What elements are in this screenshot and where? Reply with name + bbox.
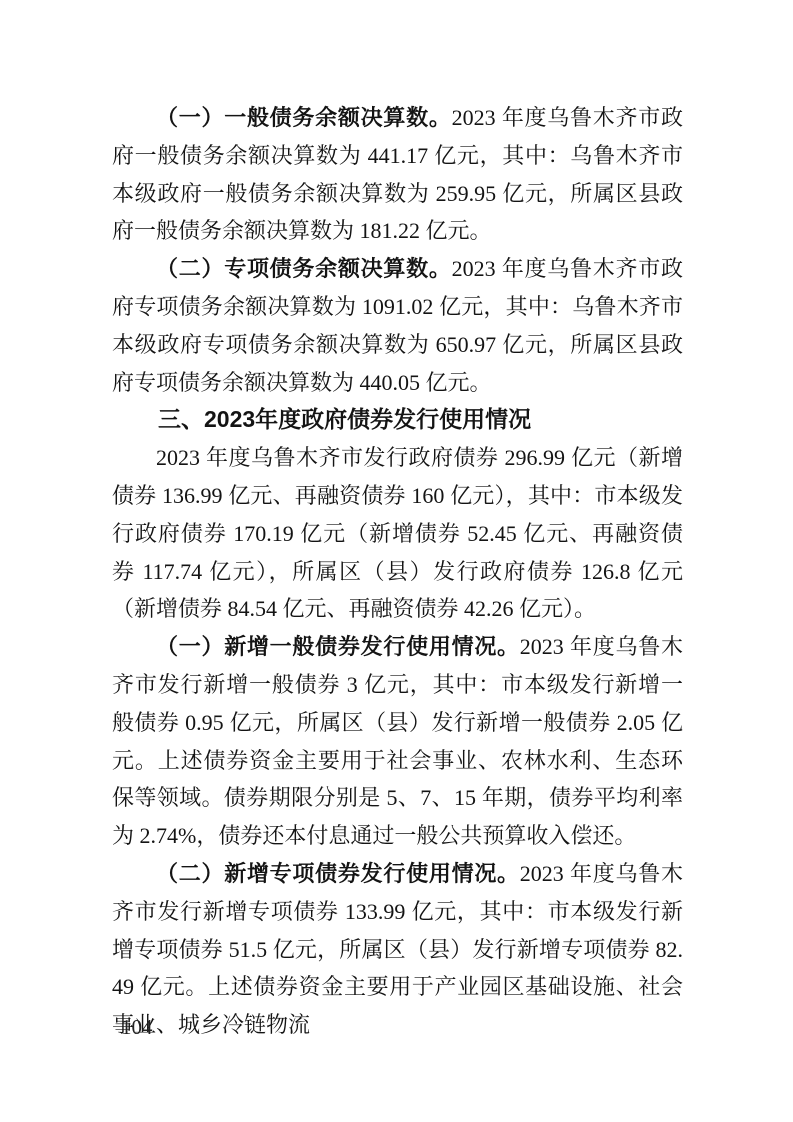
para-general-debt-balance: （一）一般债务余额决算数。2023 年度乌鲁木齐市政府一般债务余额决算数为 44…	[112, 99, 683, 250]
para-bond-issuance-overview: 2023 年度乌鲁木齐市发行政府债券 296.99 亿元（新增债券 136.99…	[112, 439, 683, 628]
para-new-special-bonds-lead: （二）新增专项债券发行使用情况。	[156, 861, 520, 886]
para-special-debt-balance-lead: （二）专项债务余额决算数。	[156, 256, 452, 281]
para-new-special-bonds-text: 2023 年度乌鲁木齐市发行新增专项债券 133.99 亿元，其中：市本级发行新…	[112, 861, 683, 1037]
document-page: （一）一般债务余额决算数。2023 年度乌鲁木齐市政府一般债务余额决算数为 44…	[0, 0, 793, 1122]
para-bond-issuance-overview-text: 2023 年度乌鲁木齐市发行政府债券 296.99 亿元（新增债券 136.99…	[112, 445, 683, 621]
section-heading-bond-issuance: 三、2023年度政府债券发行使用情况	[112, 401, 683, 439]
para-new-special-bonds: （二）新增专项债券发行使用情况。2023 年度乌鲁木齐市发行新增专项债券 133…	[112, 855, 683, 1044]
para-special-debt-balance: （二）专项债务余额决算数。2023 年度乌鲁木齐市政府专项债务余额决算数为 10…	[112, 250, 683, 401]
para-general-debt-balance-lead: （一）一般债务余额决算数。	[156, 105, 452, 130]
document-body: （一）一般债务余额决算数。2023 年度乌鲁木齐市政府一般债务余额决算数为 44…	[112, 99, 683, 1044]
para-new-general-bonds-text: 2023 年度乌鲁木齐市发行新增一般债券 3 亿元，其中：市本级发行新增一般债券…	[112, 634, 683, 848]
page-number: 104	[121, 1015, 153, 1040]
para-new-general-bonds: （一）新增一般债券发行使用情况。2023 年度乌鲁木齐市发行新增一般债券 3 亿…	[112, 628, 683, 855]
para-new-general-bonds-lead: （一）新增一般债券发行使用情况。	[156, 634, 520, 659]
